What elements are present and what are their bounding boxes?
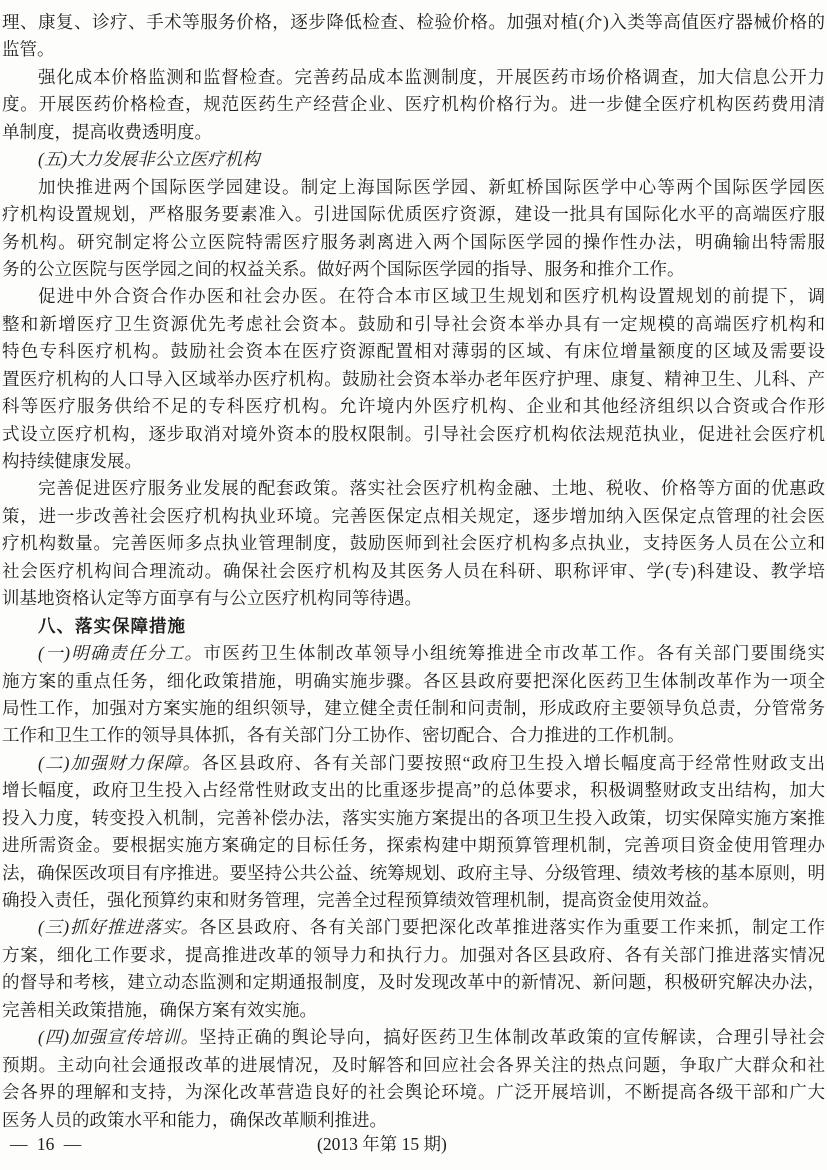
clause-lead: (三)抓好推进落实。 <box>38 917 199 937</box>
text-line: 医务人员的政策水平和能力，确保改革顺利推进。 <box>2 1107 825 1134</box>
text-line: (五)大力发展非公立医疗机构 <box>2 146 825 173</box>
text-line: 完善相关政策措施，确保方案有效实施。 <box>2 997 825 1024</box>
text-line: 进所需资金。要根据实施方案确定的目标任务，探索构建中期预算管理机制，完善项目资金… <box>2 832 825 859</box>
text-line: 局性工作，加强对方案实施的组织领导，建立健全责任制和问责制，形成政府主要领导负总… <box>2 695 825 722</box>
paragraph: (一)明确责任分工。市医药卫生体制改革领导小组统筹推进全市改革工作。各有关部门要… <box>2 640 825 750</box>
text-line: 科等医疗服务供给不足的专科医疗机构。允许境内外医疗机构、企业和其他经济组织以合资… <box>2 393 825 420</box>
text-line: 疗机构数量。完善医师多点执业管理制度，鼓励医师到社会医疗机构多点执业，支持医务人… <box>2 530 825 557</box>
line-text: 坚持正确的舆论导向，搞好医药卫生体制改革政策的宣传解读，合理引导社会 <box>199 1027 825 1047</box>
text-line: 务机构。研究制定将公立医院特需医疗服务剥离进入两个国际医学园的操作性办法，明确输… <box>2 229 825 256</box>
page-footer: — 16 — (2013 年第 15 期) <box>2 1131 825 1161</box>
text-line: 理、康复、诊疗、手术等服务价格，逐步降低检查、检验价格。加强对植(介)入类等高值… <box>2 9 825 36</box>
text-line: 置医疗机构的人口导入区域举办医疗机构。鼓励社会资本举办老年医疗护理、康复、精神卫… <box>2 366 825 393</box>
text-line: (二)加强财力保障。各区县政府、各有关部门要按照“政府卫生投入增长幅度高于经常性… <box>2 750 825 777</box>
issue-label: (2013 年第 15 期) <box>317 1131 447 1158</box>
text-line: 监管。 <box>2 36 825 63</box>
line-text: 各区县政府、各有关部门要按照“政府卫生投入增长幅度高于经常性财政支出 <box>201 753 825 773</box>
text-line: 特色专科医疗机构。鼓励社会资本在医疗资源配置相对薄弱的区域、有床位增量额度的区域… <box>2 338 825 365</box>
text-line: 训基地资格认定等方面享有与公立医疗机构同等待遇。 <box>2 585 825 612</box>
text-line: 工作和卫生工作的领导具体抓，各有关部门分工协作、密切配合、合力推进的工作机制。 <box>2 722 825 749</box>
document-text: 理、康复、诊疗、手术等服务价格，逐步降低检查、检验价格。加强对植(介)入类等高值… <box>2 9 825 1134</box>
text-line: 促进中外合资合作办医和社会办医。在符合本市区域卫生规划和医疗机构设置规划的前提下… <box>2 283 825 310</box>
text-line: 完善促进医疗服务业发展的配套政策。落实社会医疗机构金融、土地、税收、价格等方面的… <box>2 475 825 502</box>
text-line: (三)抓好推进落实。各区县政府、各有关部门要把深化改革推进落实作为重要工作来抓，… <box>2 914 825 941</box>
text-line: (四)加强宣传培训。坚持正确的舆论导向，搞好医药卫生体制改革政策的宣传解读，合理… <box>2 1024 825 1051</box>
text-line: 强化成本价格监测和监督检查。完善药品成本监测制度，开展医药市场价格调查，加大信息… <box>2 64 825 91</box>
text-line: 增长幅度，政府卫生投入占经常性财政支出的比重逐步提高”的总体要求，积极调整财政支… <box>2 777 825 804</box>
text-line: 预期。主动向社会通报改革的进展情况，及时解答和回应社会各界关注的热点问题，争取广… <box>2 1052 825 1079</box>
paragraph: 强化成本价格监测和监督检查。完善药品成本监测制度，开展医药市场价格调查，加大信息… <box>2 64 825 146</box>
paragraph: (四)加强宣传培训。坚持正确的舆论导向，搞好医药卫生体制改革政策的宣传解读，合理… <box>2 1024 825 1134</box>
document-page: 理、康复、诊疗、手术等服务价格，逐步降低检查、检验价格。加强对植(介)入类等高值… <box>0 0 827 1170</box>
clause-lead: (二)加强财力保障。 <box>38 753 201 773</box>
text-line: 法，确保医改项目有序推进。要坚持公共公益、统筹规划、政府主导、分级管理、绩效考核… <box>2 860 825 887</box>
clause-lead: (四)加强宣传培训。 <box>38 1027 199 1047</box>
text-line: 的督导和考核，建立动态监测和定期通报制度，及时发现改革中的新情况、新问题，积极研… <box>2 969 825 996</box>
text-line: 度。开展医药价格检查，规范医药生产经营企业、医疗机构价格行为。进一步健全医疗机构… <box>2 91 825 118</box>
paragraph: (三)抓好推进落实。各区县政府、各有关部门要把深化改革推进落实作为重要工作来抓，… <box>2 914 825 1024</box>
text-line: 八、落实保障措施 <box>2 613 825 640</box>
paragraph: 加快推进两个国际医学园建设。制定上海国际医学园、新虹桥国际医学中心等两个国际医学… <box>2 174 825 284</box>
text-line: 投入力度，转变投入机制，完善补偿办法，落实实施方案提出的各项卫生投入政策，切实保… <box>2 805 825 832</box>
text-line: 单制度，提高收费透明度。 <box>2 119 825 146</box>
page-number: — 16 — <box>10 1131 81 1158</box>
text-line: 会各界的理解和支持，为深化改革营造良好的社会舆论环境。广泛开展培训，不断提高各级… <box>2 1079 825 1106</box>
paragraph: (二)加强财力保障。各区县政府、各有关部门要按照“政府卫生投入增长幅度高于经常性… <box>2 750 825 915</box>
paragraph: 促进中外合资合作办医和社会办医。在符合本市区域卫生规划和医疗机构设置规划的前提下… <box>2 283 825 475</box>
text-line: 加快推进两个国际医学园建设。制定上海国际医学园、新虹桥国际医学中心等两个国际医学… <box>2 174 825 201</box>
text-line: 式设立医疗机构，逐步取消对境外资本的股权限制。引导社会医疗机构依法规范执业，促进… <box>2 421 825 448</box>
text-line: 社会医疗机构间合理流动。确保社会医疗机构及其医务人员在科研、职称评审、学(专)科… <box>2 558 825 585</box>
text-line: 策，进一步改善社会医疗机构执业环境。完善医保定点相关规定，逐步增加纳入医保定点管… <box>2 503 825 530</box>
text-line: (一)明确责任分工。市医药卫生体制改革领导小组统筹推进全市改革工作。各有关部门要… <box>2 640 825 667</box>
paragraph: 理、康复、诊疗、手术等服务价格，逐步降低检查、检验价格。加强对植(介)入类等高值… <box>2 9 825 64</box>
text-line: 务的公立医院与医学园之间的权益关系。做好两个国际医学园的指导、服务和推介工作。 <box>2 256 825 283</box>
text-line: 施方案的重点任务，细化政策措施，明确实施步骤。各区县政府要把深化医药卫生体制改革… <box>2 668 825 695</box>
text-line: 构持续健康发展。 <box>2 448 825 475</box>
text-line: 方案，细化工作要求，提高推进改革的领导力和执行力。加强对各区县政府、各有关部门推… <box>2 942 825 969</box>
text-line: 疗机构设置规划，严格服务要素准入。引进国际优质医疗资源，建设一批具有国际化水平的… <box>2 201 825 228</box>
clause-lead: (一)明确责任分工。 <box>38 643 203 663</box>
line-text: 市医药卫生体制改革领导小组统筹推进全市改革工作。各有关部门要围绕实 <box>203 643 825 663</box>
kai-heading: (五)大力发展非公立医疗机构 <box>2 146 825 173</box>
text-line: 确投入责任，强化预算约束和财务管理，完善全过程预算绩效管理机制，提高资金使用效益… <box>2 887 825 914</box>
text-line: 整和新增医疗卫生资源优先考虑社会资本。鼓励和引导社会资本举办具有一定规模的高端医… <box>2 311 825 338</box>
bold-heading: 八、落实保障措施 <box>2 613 825 640</box>
paragraph: 完善促进医疗服务业发展的配套政策。落实社会医疗机构金融、土地、税收、价格等方面的… <box>2 475 825 612</box>
line-text: 各区县政府、各有关部门要把深化改革推进落实作为重要工作来抓，制定工作 <box>199 917 825 937</box>
